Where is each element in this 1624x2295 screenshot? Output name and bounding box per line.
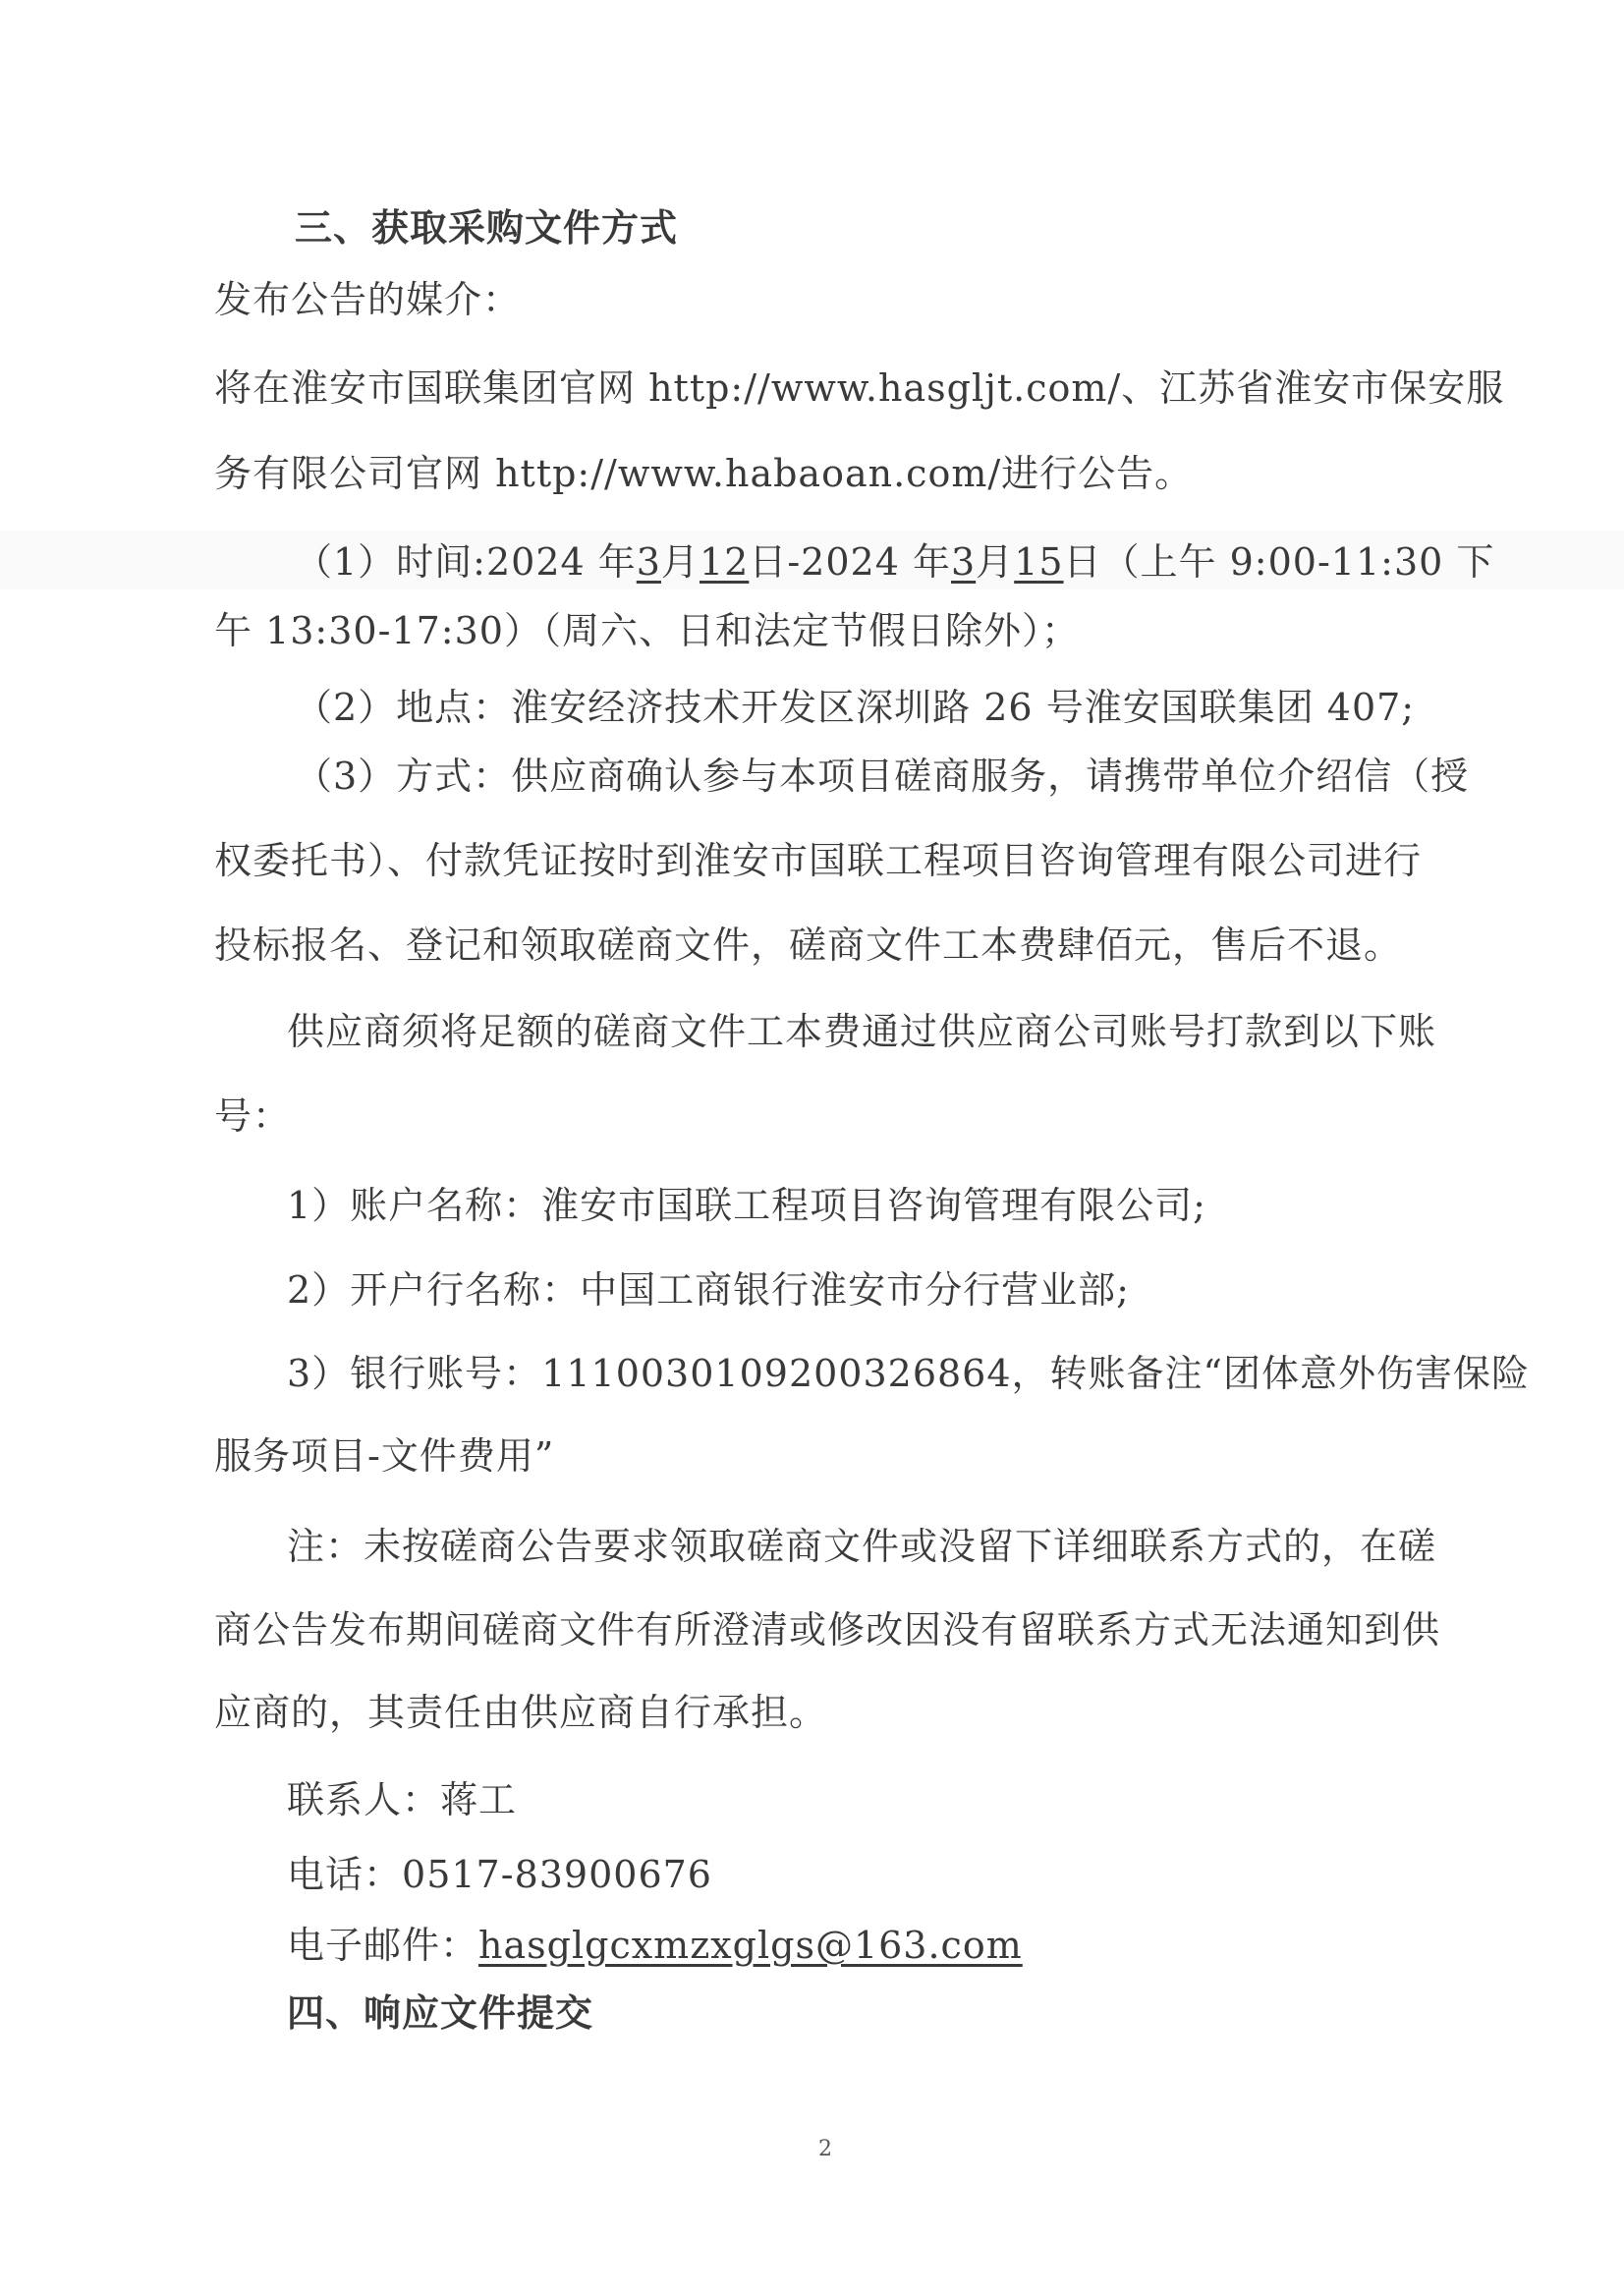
media-text-line-2: 务有限公司官网 http://www.habaoan.com/进行公告。 [214, 450, 1193, 497]
section-4-heading: 四、响应文件提交 [287, 1989, 593, 2037]
section-3-heading: 三、获取采购文件方式 [295, 204, 678, 252]
note-line-2: 商公告发布期间磋商文件有所澄清或修改因没有留联系方式无法通知到供 [214, 1606, 1440, 1653]
item-3-method-line-1: （3）方式：供应商确认参与本项目磋商服务，请携带单位介绍信（授 [295, 753, 1469, 800]
contact-phone-label: 电话： [287, 1853, 402, 1896]
contact-email-link[interactable]: hasglgcxmzxglgs@163.com [478, 1924, 1023, 1967]
item-1-prefix: （1）时间:2024 年 [295, 540, 637, 584]
media-label: 发布公告的媒介： [214, 276, 521, 323]
bank-name: 2）开户行名称：中国工商银行淮安市分行营业部; [287, 1266, 1130, 1314]
note-line-3: 应商的，其责任由供应商自行承担。 [214, 1689, 827, 1736]
start-day: 12 [700, 540, 749, 584]
payment-instruction-line-1: 供应商须将足额的磋商文件工本费通过供应商公司账号打款到以下账 [287, 1008, 1436, 1055]
contact-person-label: 联系人： [287, 1778, 440, 1821]
contact-person-value: 蒋工 [440, 1778, 517, 1821]
account-number-line-2: 服务项目-文件费用” [214, 1432, 554, 1480]
item-1-mid: 日-2024 年 [749, 540, 951, 584]
month-char: 月 [661, 540, 700, 584]
page-number: 2 [818, 2137, 832, 2161]
contact-email: 电子邮件：hasglgcxmzxglgs@163.com [287, 1922, 1023, 1969]
item-1-suffix: 日（上午 9:00-11:30 下 [1064, 540, 1495, 584]
item-1-time-line-2: 午 13:30-17:30）（周六、日和法定节假日除外）； [214, 607, 1080, 654]
contact-phone-value: 0517-83900676 [402, 1853, 712, 1896]
month-char: 月 [976, 540, 1014, 584]
item-3-method-line-2: 权委托书）、付款凭证按时到淮安市国联工程项目咨询管理有限公司进行 [214, 837, 1422, 884]
account-number-line-1: 3）银行账号：1110030109200326864，转账备注“团体意外伤害保险 [287, 1350, 1530, 1397]
account-name: 1）账户名称：淮安市国联工程项目咨询管理有限公司; [287, 1182, 1206, 1229]
media-text-line-1: 将在淮安市国联集团官网 http://www.hasgljt.com/、江苏省淮… [214, 364, 1504, 412]
item-2-location: （2）地点：淮安经济技术开发区深圳路 26 号淮安国联集团 407; [295, 684, 1415, 731]
end-day: 15 [1014, 540, 1063, 584]
end-month: 3 [951, 540, 976, 584]
item-1-time: （1）时间:2024 年3月12日-2024 年3月15日（上午 9:00-11… [295, 538, 1494, 586]
contact-phone: 电话：0517-83900676 [287, 1851, 712, 1898]
contact-person: 联系人：蒋工 [287, 1776, 517, 1823]
item-3-method-line-3: 投标报名、登记和领取磋商文件，磋商文件工本费肆佰元，售后不退。 [214, 922, 1402, 969]
note-line-1: 注：未按磋商公告要求领取磋商文件或没留下详细联系方式的，在磋 [287, 1523, 1436, 1570]
contact-email-label: 电子邮件： [287, 1924, 478, 1967]
start-month: 3 [637, 540, 661, 584]
payment-instruction-line-2: 号： [214, 1092, 291, 1140]
